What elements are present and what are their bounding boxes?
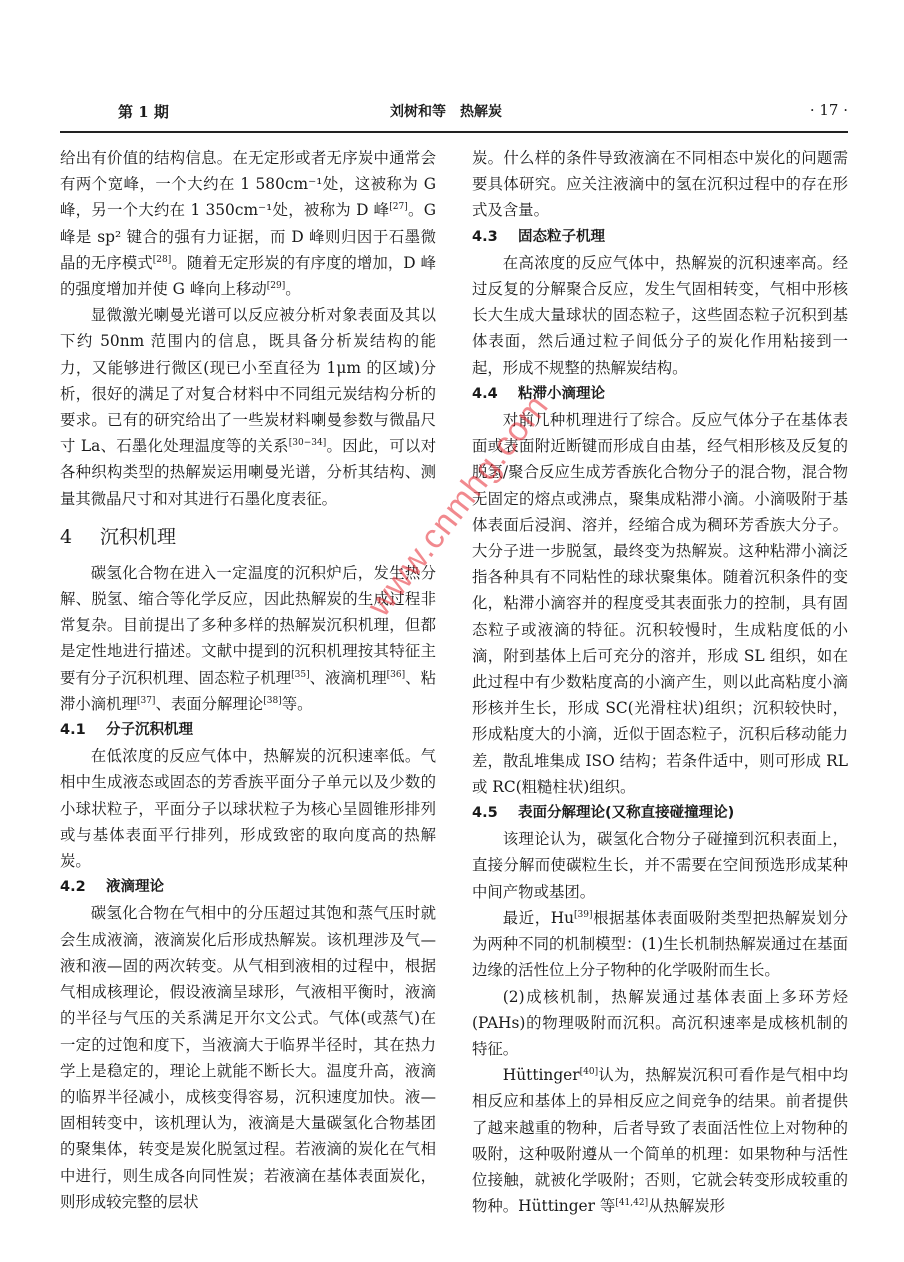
citation: [36] [387, 670, 405, 680]
running-header: 第 1 期 刘树和等热解炭 · 17 · [60, 99, 848, 123]
citation: [30−34] [289, 438, 326, 448]
paragraph: Hüttinger[40]认为，热解炭沉积可看作是气相中均相反应和基体上的异相反… [472, 1062, 848, 1219]
citation: [41,42] [615, 1198, 648, 1208]
paragraph: 在低浓度的反应气体中，热解炭的沉积速率低。气相中生成液态或固态的芳香族平面分子单… [60, 743, 436, 874]
citation: [29] [267, 281, 285, 291]
paragraph: 最近，Hu[39]根据基体表面吸附类型把热解炭划分为两种不同的机制模型：(1)生… [472, 905, 848, 984]
subsection-heading: 4.5表面分解理论(又称直接碰撞理论) [472, 800, 848, 826]
citation: [28] [153, 255, 171, 265]
citation: [35] [291, 670, 309, 680]
page-number: · 17 · [810, 101, 848, 119]
subsection-heading: 4.4粘滞小滴理论 [472, 381, 848, 407]
subsection-heading: 4.3固态粒子机理 [472, 224, 848, 250]
paragraph: 对前几种机理进行了综合。反应气体分子在基体表面或表面附近断键而形成自由基，经气相… [472, 407, 848, 800]
subsection-heading: 4.1分子沉积机理 [60, 717, 436, 743]
subsection-heading: 4.2液滴理论 [60, 874, 436, 900]
paragraph: (2)成核机制，热解炭通过基体表面上多环芳烃(PAHs)的物理吸附而沉积。高沉积… [472, 984, 848, 1063]
left-column: 给出有价值的结构信息。在无定形或者无序炭中通常会有两个宽峰，一个大约在 1 58… [60, 145, 436, 1215]
citation: [38] [263, 696, 281, 706]
paragraph: 给出有价值的结构信息。在无定形或者无序炭中通常会有两个宽峰，一个大约在 1 58… [60, 145, 436, 302]
paragraph: 碳氢化合物在进入一定温度的沉积炉后，发生热分解、脱氢、缩合等化学反应，因此热解炭… [60, 560, 436, 717]
header-center: 刘树和等热解炭 [390, 101, 516, 121]
paragraph: 该理论认为，碳氢化合物分子碰撞到沉积表面上，直接分解而使碳粒生长，并不需要在空间… [472, 826, 848, 905]
paragraph: 碳氢化合物在气相中的分压超过其饱和蒸气压时就会生成液滴，液滴炭化后形成热解炭。该… [60, 900, 436, 1214]
header-rule [60, 131, 848, 133]
section-heading: 4沉积机理 [60, 522, 436, 552]
header-title: 热解炭 [460, 104, 502, 120]
issue-number: 第 1 期 [118, 101, 169, 122]
right-column: 炭。什么样的条件导致液滴在不同相态中炭化的问题需要具体研究。应关注液滴中的氢在沉… [472, 145, 848, 1219]
paragraph: 炭。什么样的条件导致液滴在不同相态中炭化的问题需要具体研究。应关注液滴中的氢在沉… [472, 145, 848, 224]
paragraph: 在高浓度的反应气体中，热解炭的沉积速率高。经过反复的分解聚合反应，发生气固相转变… [472, 250, 848, 381]
header-authors: 刘树和等 [390, 104, 446, 120]
citation: [39] [574, 910, 592, 920]
citation: [37] [137, 696, 155, 706]
citation: [27] [389, 202, 407, 212]
citation: [40] [580, 1067, 598, 1077]
paragraph: 显微激光喇曼光谱可以反应被分析对象表面及其以下约 50nm 范围内的信息，既具备… [60, 302, 436, 512]
